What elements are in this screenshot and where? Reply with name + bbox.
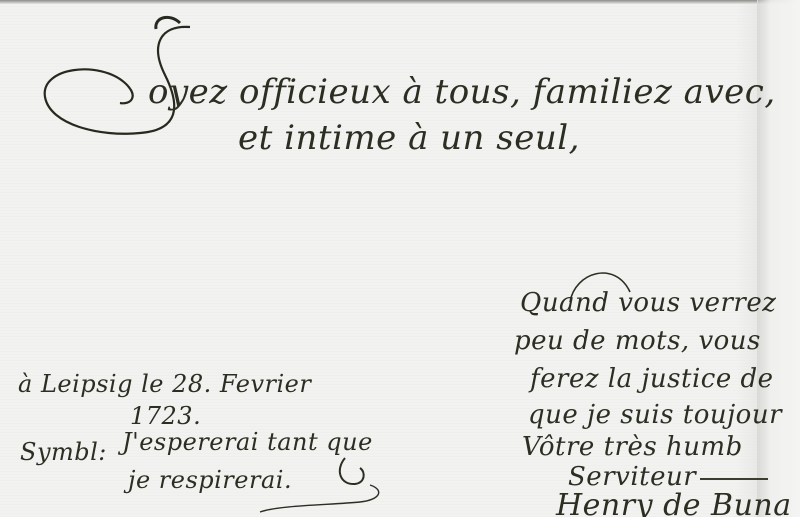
letter-line-2-text: peu de mots, vous bbox=[514, 326, 761, 356]
symbolum-label-text: Symbl: bbox=[20, 438, 107, 466]
place-date-line-2: 1723. bbox=[130, 402, 201, 430]
motto-line-2-text: et intime à un seul, bbox=[238, 118, 580, 158]
letter-line-5-text: Vôtre très humb bbox=[522, 432, 743, 462]
place-date-text: à Leipsig le 28. Fevrier bbox=[18, 370, 311, 398]
page-top-edge bbox=[0, 0, 800, 4]
place-date-line-1: à Leipsig le 28. Fevrier bbox=[18, 370, 311, 398]
letter-line-4-text: que je suis toujour bbox=[528, 400, 782, 430]
motto-line-1: oyez officieux à tous, familiez avec, bbox=[148, 72, 776, 112]
letter-line-2: peu de mots, vous bbox=[514, 326, 761, 356]
motto-line-2: et intime à un seul, bbox=[238, 118, 580, 158]
letter-line-3: ferez la justice de bbox=[530, 364, 774, 394]
closing-rule bbox=[700, 478, 768, 480]
letter-line-3-text: ferez la justice de bbox=[530, 364, 774, 394]
signature: Henry de Buna bbox=[556, 488, 792, 517]
symbolum-flourish-icon bbox=[240, 450, 440, 517]
letter-line-5: Vôtre très humb bbox=[522, 432, 743, 462]
letter-line-4: que je suis toujour bbox=[528, 400, 782, 430]
signature-text: Henry de Buna bbox=[556, 488, 792, 517]
symbolum-label: Symbl: bbox=[20, 438, 107, 466]
year-text: 1723. bbox=[130, 402, 201, 430]
quand-flourish-icon bbox=[560, 262, 680, 312]
motto-line-1-text: oyez officieux à tous, familiez avec, bbox=[148, 72, 776, 112]
